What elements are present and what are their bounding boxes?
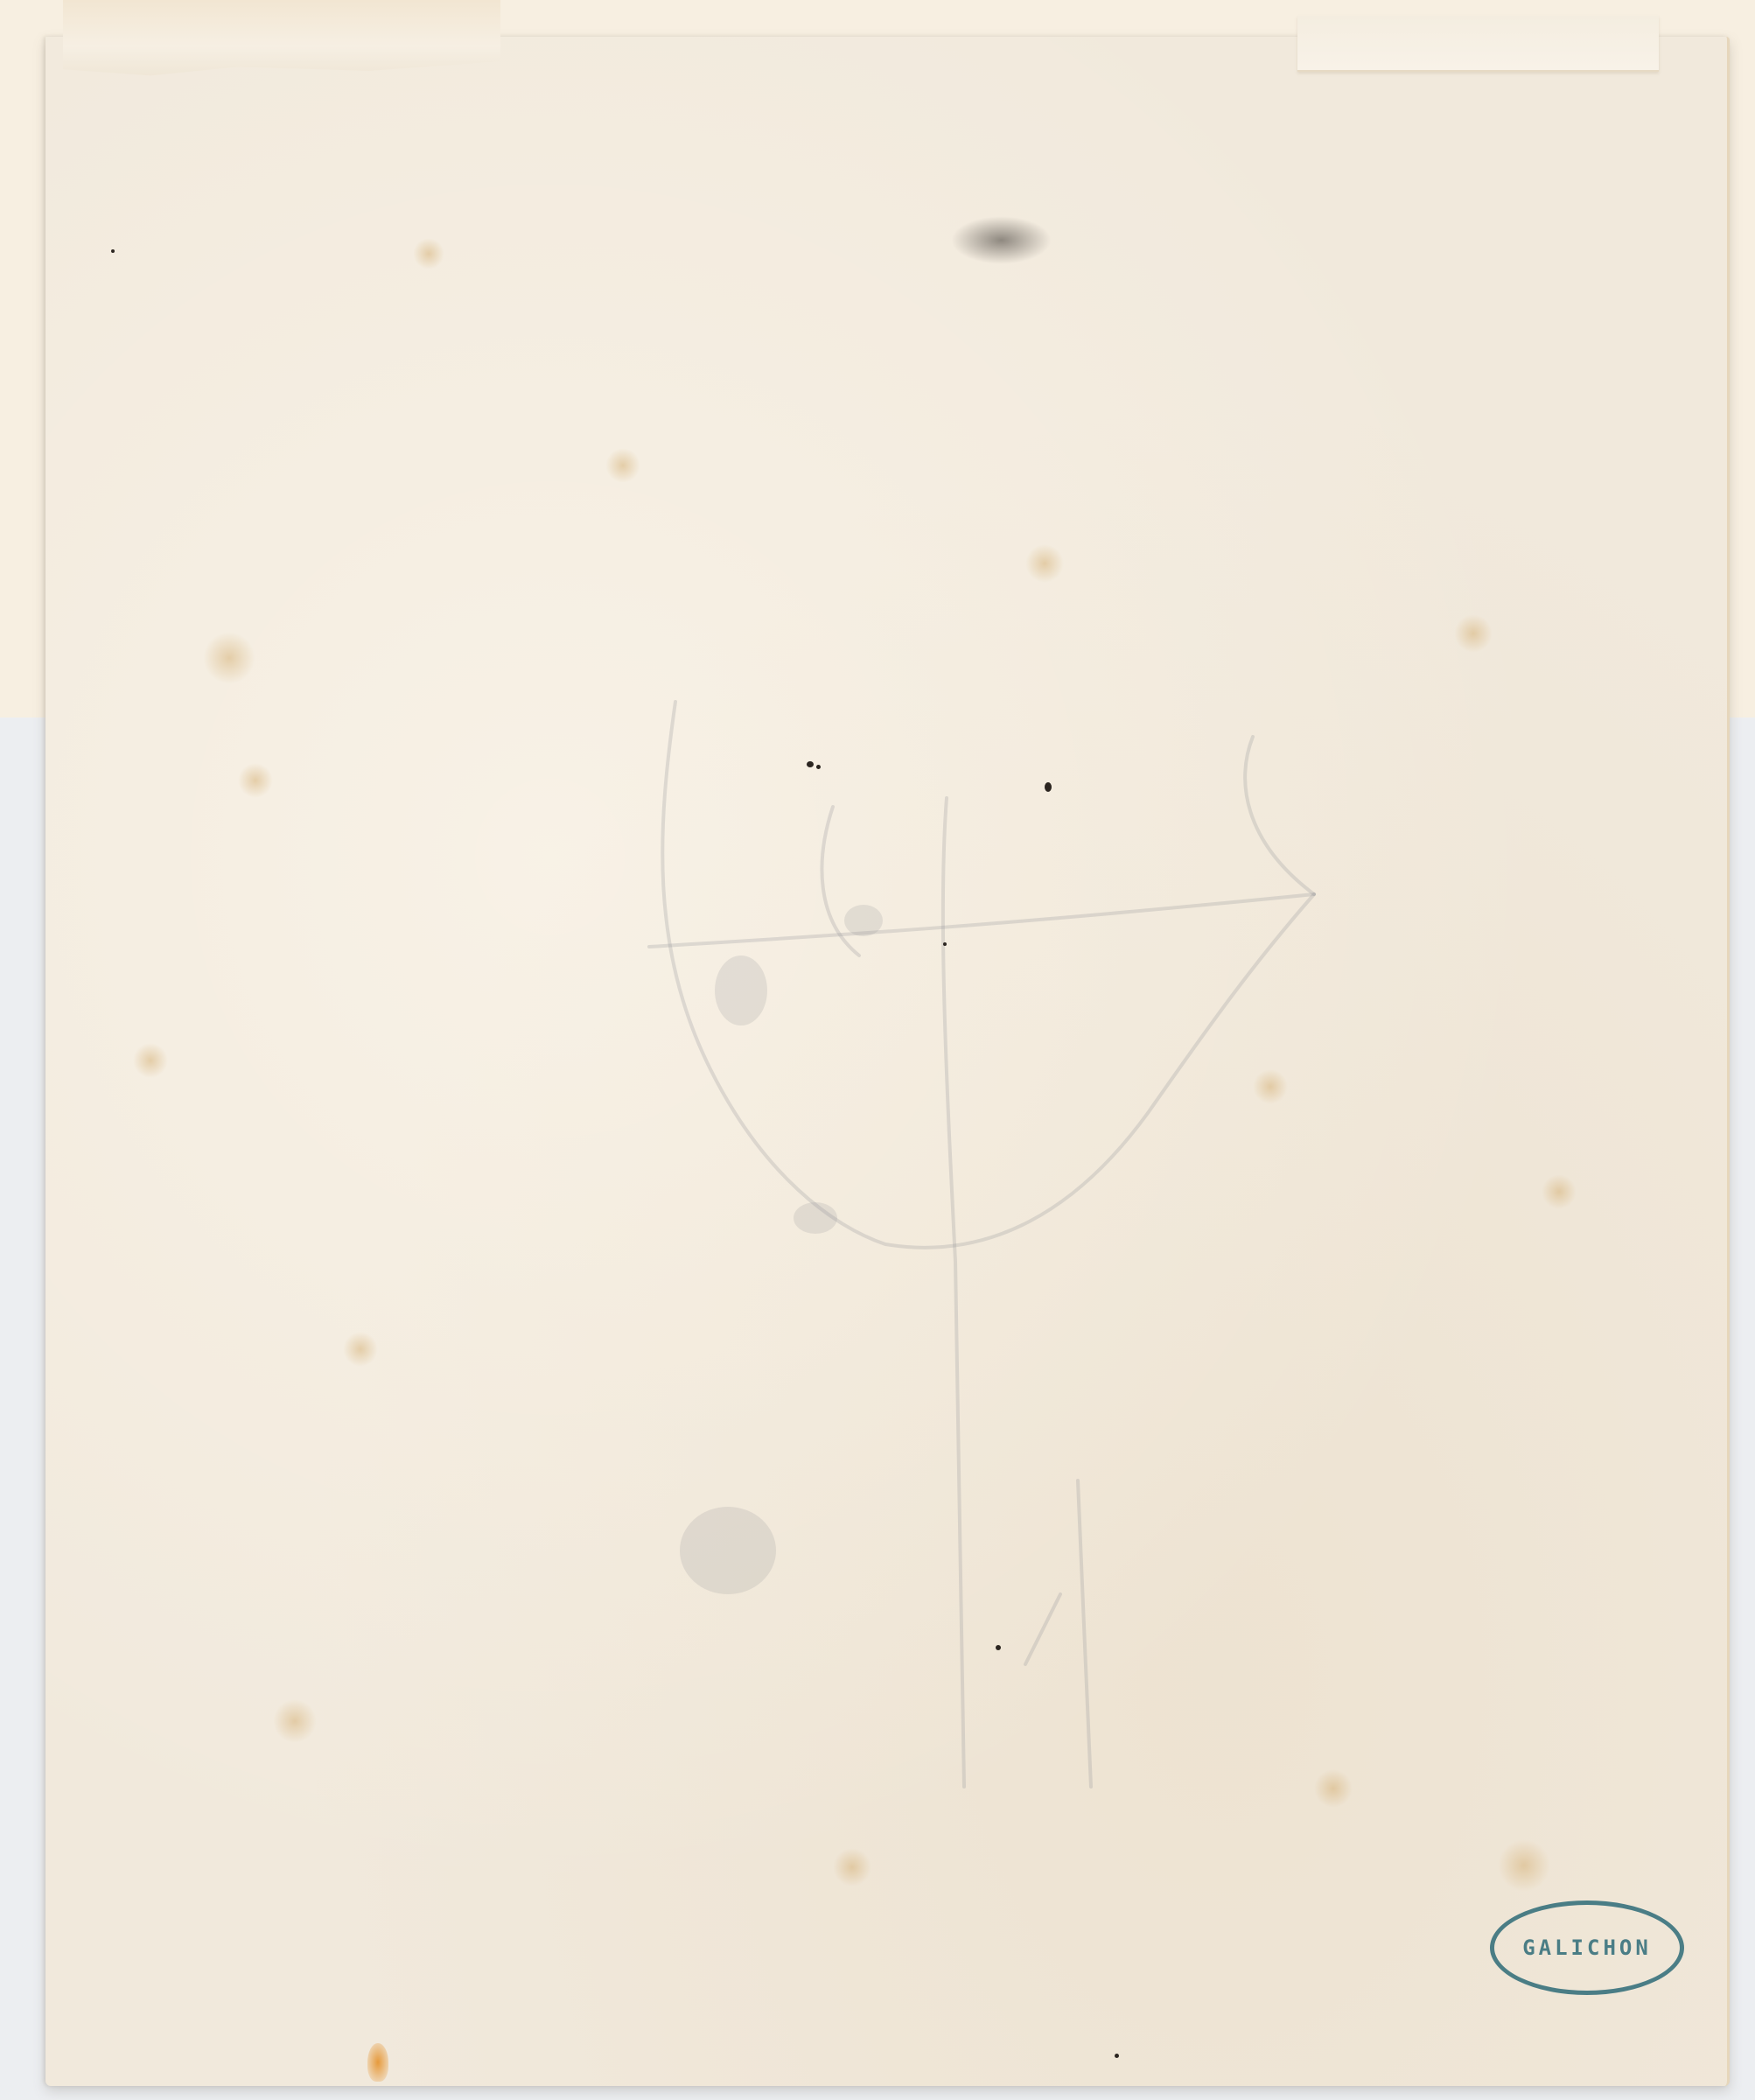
foxing-spot [203, 632, 255, 684]
stamp-text: GALICHON [1522, 1935, 1652, 1960]
foxing-spot [605, 448, 640, 483]
foxing-spot [133, 1043, 168, 1078]
paper-sheet [45, 37, 1730, 2086]
ink-speck [996, 1645, 1001, 1650]
ink-speck [1045, 782, 1052, 792]
orange-stain [367, 2043, 388, 2082]
foxing-spot [413, 238, 444, 269]
foxing-spot [1454, 614, 1493, 653]
foxing-spot [1253, 1069, 1288, 1104]
ink-speck [807, 761, 814, 767]
ink-smudge [951, 216, 1052, 264]
ink-speck [943, 942, 947, 946]
ink-speck [816, 765, 821, 769]
foxing-spot [1025, 544, 1064, 583]
hinge-tape-right [1297, 16, 1659, 72]
foxing-spot [1314, 1769, 1353, 1808]
ink-speck [1115, 2054, 1119, 2058]
foxing-spot [273, 1699, 317, 1743]
foxing-spot [238, 763, 273, 798]
collector-stamp: GALICHON [1490, 1900, 1684, 1995]
ink-speck [111, 249, 115, 253]
sketch-show-through [45, 37, 1727, 2086]
foxing-spot [833, 1848, 871, 1886]
foxing-spot [1498, 1839, 1550, 1892]
foxing-spot [343, 1332, 378, 1367]
foxing-spot [1542, 1174, 1577, 1209]
